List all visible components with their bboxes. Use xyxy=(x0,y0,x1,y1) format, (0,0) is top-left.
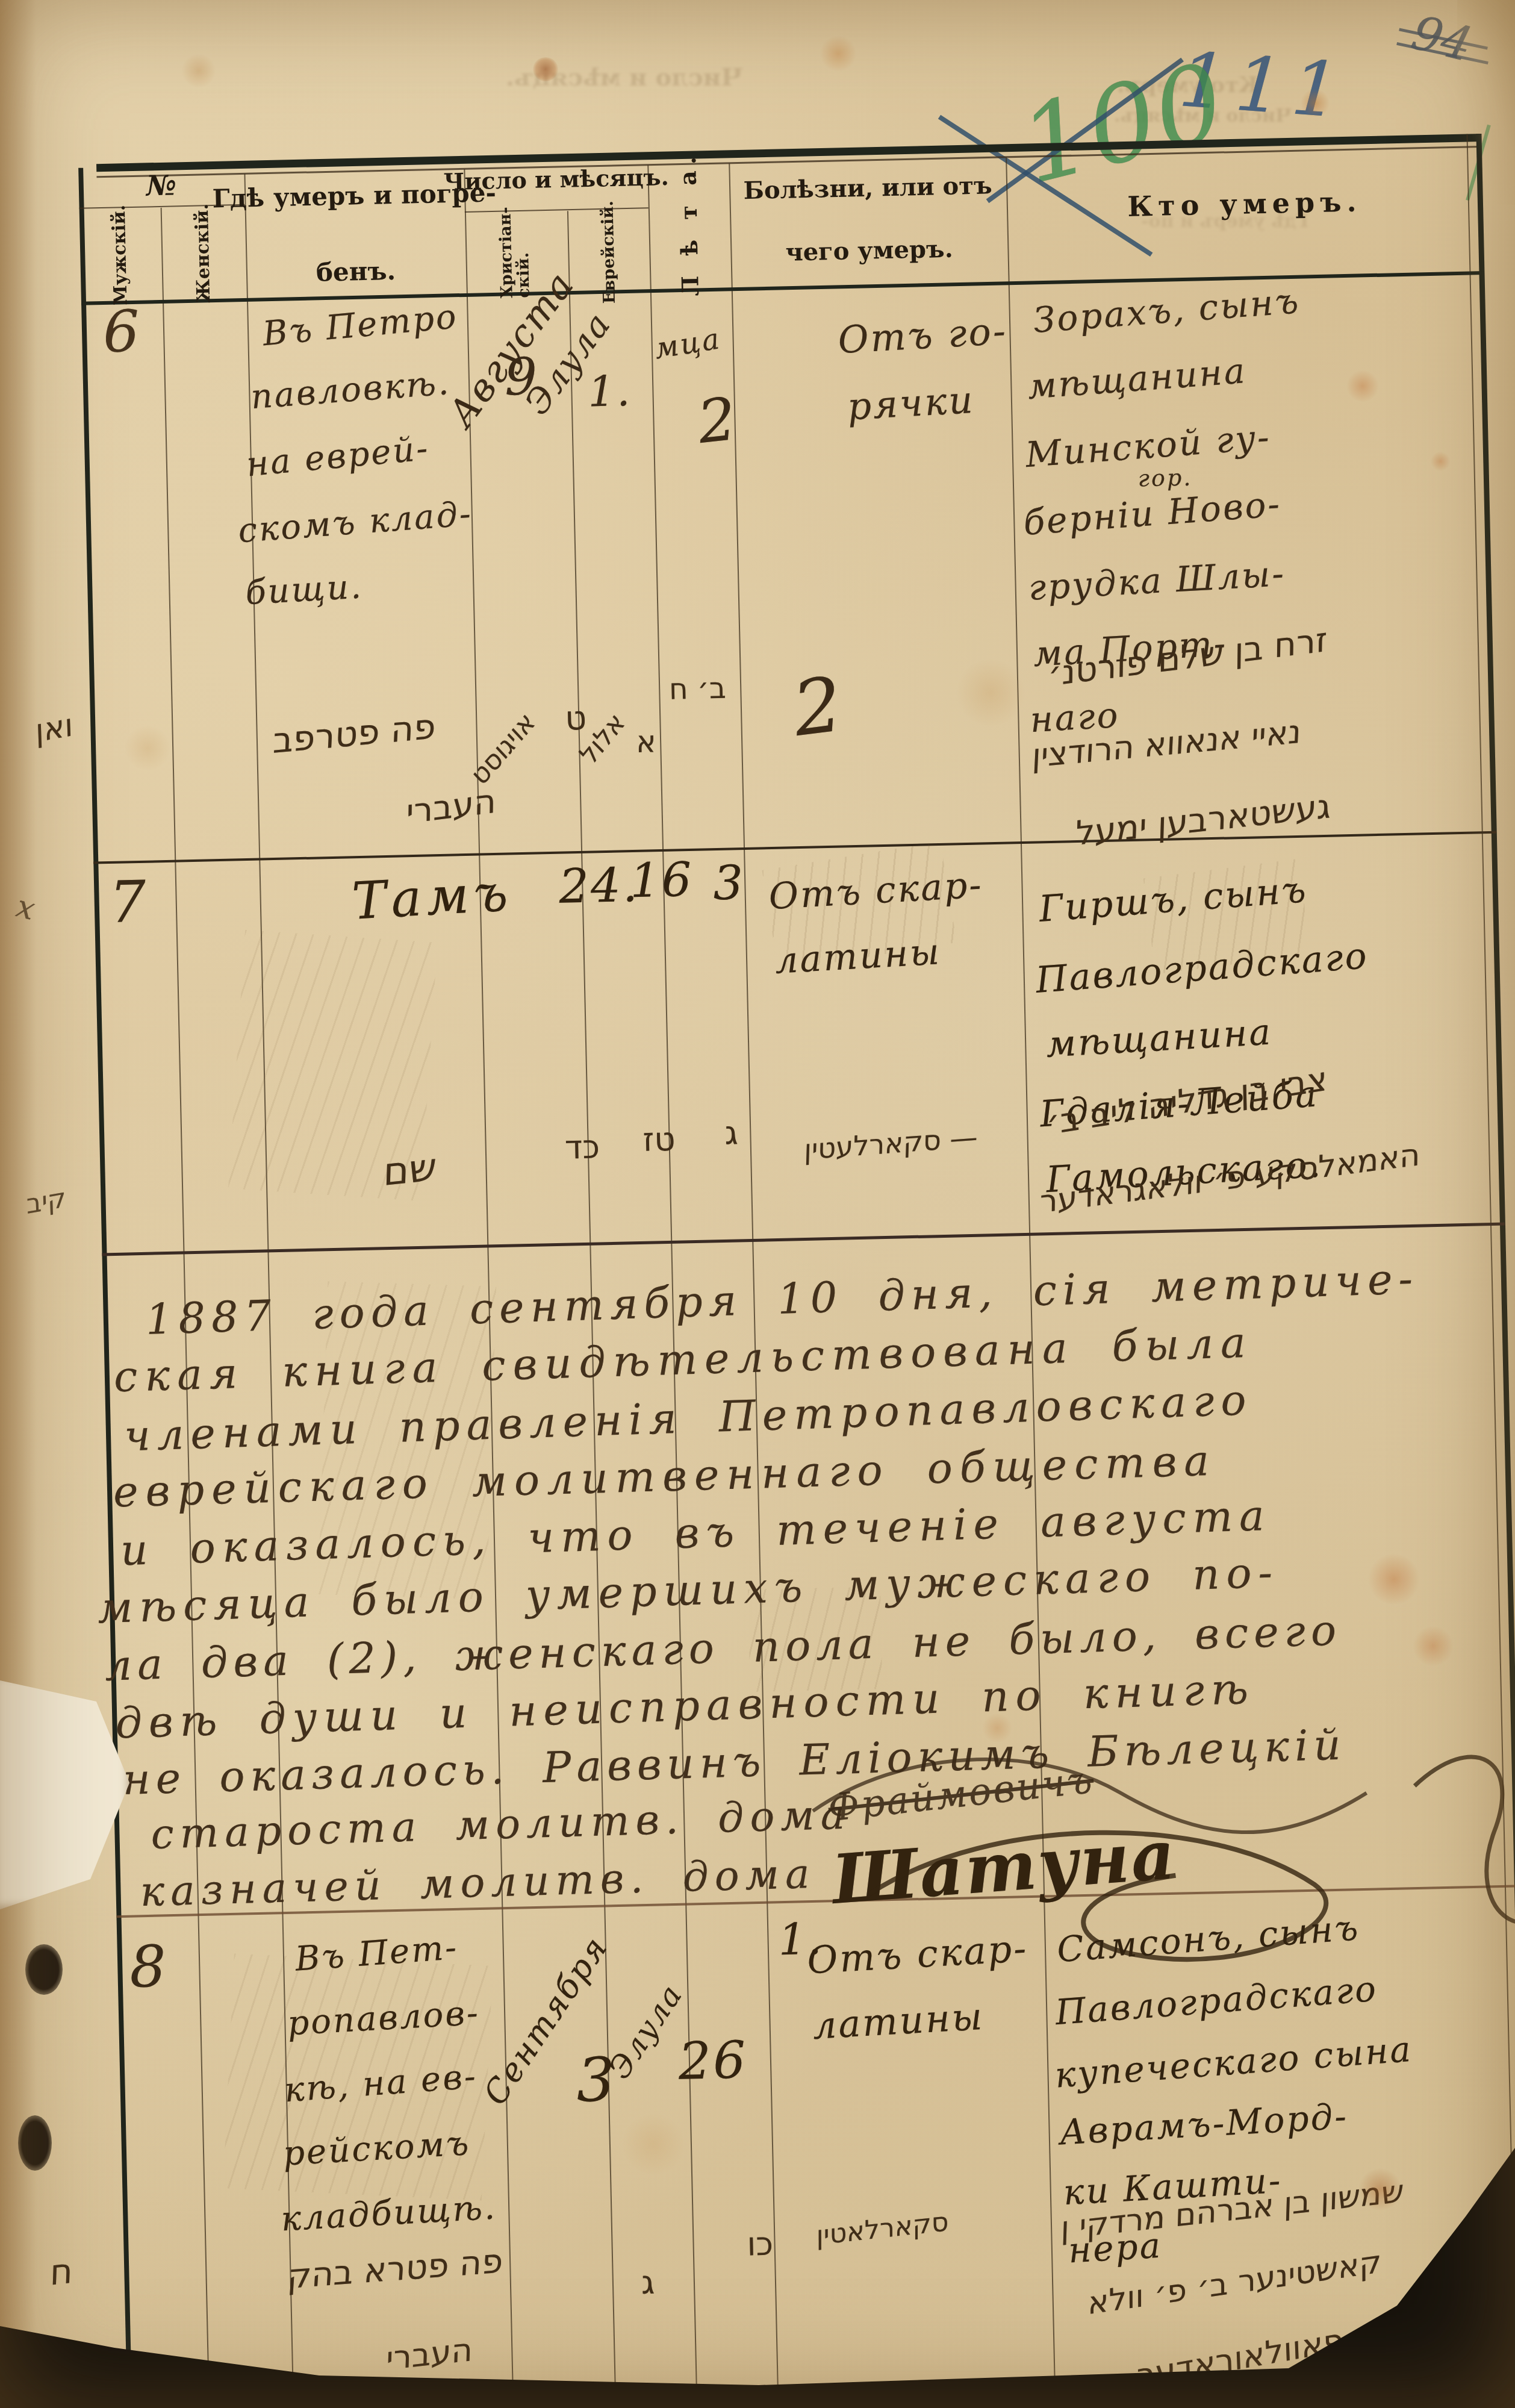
header-date: Число и мѣсяцъ. xyxy=(443,163,669,195)
stain-1 xyxy=(533,57,558,81)
register-table: № Мужскій. Женскій. Гдѣ умеръ и погре- б… xyxy=(78,134,1515,2408)
entry6-cause-line2: рячки xyxy=(846,378,975,429)
entry6-hebrew-age: ב׳ ח xyxy=(669,672,727,706)
header-age: Л ѣ т а. xyxy=(676,151,703,296)
entry6-age-big: 2 xyxy=(695,385,741,457)
header-where-line2: бенъ. xyxy=(316,256,396,287)
stain-2 xyxy=(819,36,857,71)
stain-5 xyxy=(1430,452,1451,471)
stain-12 xyxy=(123,726,172,770)
entry6-number: 6 xyxy=(102,299,142,366)
margin-hebrew-row6: ואן xyxy=(35,706,73,750)
entry8-day-jewish: 26 xyxy=(678,2030,748,2091)
entry6-hebrew-big-numeral: 2 xyxy=(788,661,848,753)
stain-10 xyxy=(1358,2168,1402,2210)
bleed-hatch-4 xyxy=(748,1586,883,1692)
header-jewish: Еврейскій. xyxy=(599,201,618,304)
entry6-place-line2: павловкѣ. xyxy=(249,363,452,417)
entry8-hebrew-place-line1: פה פטרא בהק xyxy=(286,2242,504,2297)
entry8-who-line4: Аврамъ-Морд- xyxy=(1059,2095,1349,2153)
stain-3 xyxy=(1301,89,1330,117)
entry6-hebrew-place-line1: פה פטרפב xyxy=(272,706,437,762)
entry8-hebrew-day1: ג xyxy=(641,2263,655,2301)
entry7-hebrew-who-line1: צבי בן גדליה ליב ב׳ xyxy=(1045,1059,1327,1143)
entry7-who-line3: мѣщанина xyxy=(1045,1011,1273,1065)
certification-line10: староста молитв. дома xyxy=(150,1791,851,1858)
stain-7 xyxy=(1367,1554,1421,1605)
entry7-hebrew-day2: טז xyxy=(642,1120,676,1159)
row7-paragraph-separator xyxy=(102,1223,1505,1256)
header-female: Женскій. xyxy=(193,204,214,303)
margin-hebrew-row8: ח xyxy=(49,2250,73,2294)
entry6-hebrew-day2: א xyxy=(636,724,657,760)
stain-11 xyxy=(620,2114,686,2174)
entry6-who-line5: грудка Шлы- xyxy=(1027,553,1287,608)
entry6-hebrew-day1: ט xyxy=(565,699,587,738)
table-left-border xyxy=(78,168,132,2408)
bleed-hatch-3 xyxy=(318,1281,496,1599)
header-no: № xyxy=(146,169,176,202)
entry8-month-jewish: Элула xyxy=(602,1977,690,2085)
signature-flourish xyxy=(774,1698,1515,2029)
date-header-underline xyxy=(465,207,649,213)
entry6-place-line1: Въ Петро xyxy=(261,297,460,354)
entry7-number: 7 xyxy=(109,869,149,936)
bleed-hatch-5 xyxy=(223,1953,493,2200)
entry6-place-line3: на еврей- xyxy=(244,429,431,485)
entry6-age-small: мца xyxy=(652,322,723,366)
entry8-who-line3: купеческаго сына xyxy=(1054,2029,1414,2096)
stain-6 xyxy=(954,660,1027,726)
stain-4 xyxy=(1346,370,1380,402)
stain-13 xyxy=(181,54,217,87)
entry6-day-jewish: 1. xyxy=(588,366,633,417)
entry8-hebrew-cause: סקארלאטין xyxy=(817,2206,949,2251)
entry7-day-jewish: 16 xyxy=(629,853,694,908)
entry6-place-line5: бищи. xyxy=(244,567,364,613)
entry7-day-christian: 24. xyxy=(558,858,639,914)
margin-hebrew-row7: קיב xyxy=(26,1182,66,1220)
entry6-hebrew-place-line2: העברי xyxy=(406,782,496,832)
corner-fold xyxy=(1457,0,1515,205)
entry7-hebrew-day1: כד xyxy=(564,1128,600,1166)
entry6-who-line2: мѣщанина xyxy=(1026,350,1248,407)
entry6-who-line1: Зорахъ, сынъ xyxy=(1032,280,1301,341)
table-top-border xyxy=(96,134,1481,172)
header-christian: Христіан- скій. xyxy=(497,207,533,299)
entry8-hebrew-place-line2: העברי xyxy=(385,2330,473,2377)
entry8-number: 8 xyxy=(129,1933,169,2000)
entry7-hebrew-age: ג xyxy=(724,1114,739,1152)
entry7-place: Тамъ xyxy=(350,863,514,932)
metrical-book-page: Число и мѣсяцъ. Кто умеръ. Число и мѣсяц… xyxy=(0,0,1515,2408)
entry6-place-line4: скомъ клад- xyxy=(237,494,474,551)
entry7-hebrew-cause: — סקארלעטין xyxy=(804,1121,978,1166)
row6-row7-separator xyxy=(93,831,1496,864)
entry6-who-superscript: гор. xyxy=(1137,464,1192,492)
stain-9 xyxy=(981,1714,1013,1742)
header-male: Мужскій. xyxy=(110,205,131,305)
bleed-hatch-2 xyxy=(228,930,437,1201)
header-illness-line1: Болѣзни, или отъ xyxy=(743,171,992,205)
entry6-who-line4: берніи Ново- xyxy=(1022,483,1283,543)
entry7-age: 3 xyxy=(712,856,745,911)
table-right-border-thin xyxy=(1466,134,1515,2378)
entry6-hebrew-who-line3: געשטארבען ימעל xyxy=(1075,787,1331,853)
stain-8 xyxy=(1412,1626,1454,1666)
certification-line11: казначей молитв. дома xyxy=(140,1850,817,1916)
header-who: Кто умеръ. xyxy=(1127,185,1362,222)
punch-hole-1 xyxy=(25,1944,63,1995)
punch-hole-2 xyxy=(18,2115,52,2171)
entry8-cause-line2: латины xyxy=(812,1994,985,2048)
bleed-hatch-6 xyxy=(1143,859,1311,975)
entry8-hebrew-day2: כו xyxy=(747,2225,774,2263)
header-illness-line2: чего умеръ. xyxy=(785,235,953,267)
entry6-cause-line1: Отъ го- xyxy=(837,308,1009,362)
